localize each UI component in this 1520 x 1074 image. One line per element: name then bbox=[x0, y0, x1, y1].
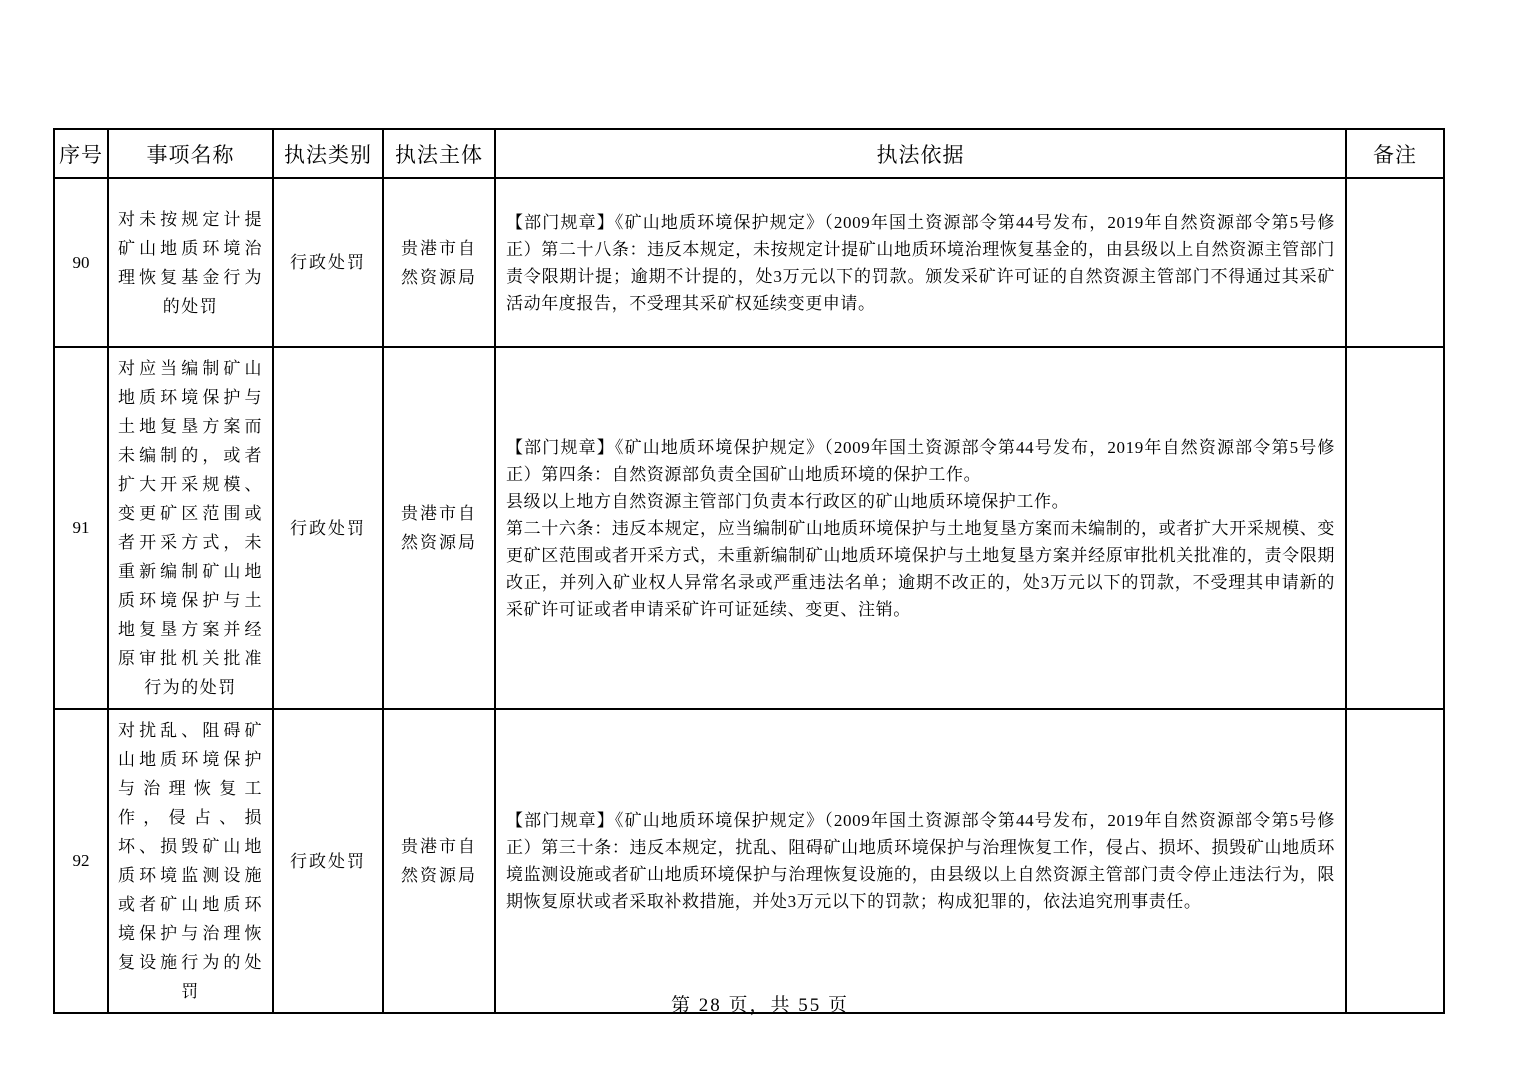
document-page: 序号 事项名称 执法类别 执法主体 执法依据 备注 90 对未按规定计提矿山地质… bbox=[0, 0, 1520, 1074]
category-cell: 行政处罚 bbox=[273, 178, 383, 347]
basis-cell: 【部门规章】《矿山地质环境保护规定》（2009年国土资源部令第44号发布，201… bbox=[495, 709, 1346, 1013]
column-header-category: 执法类别 bbox=[273, 129, 383, 178]
column-header-item-name: 事项名称 bbox=[108, 129, 273, 178]
item-name-cell: 对未按规定计提矿山地质环境治理恢复基金行为的处罚 bbox=[108, 178, 273, 347]
subject-cell: 贵港市自然资源局 bbox=[383, 709, 495, 1013]
remark-cell bbox=[1346, 347, 1444, 709]
remark-cell bbox=[1346, 178, 1444, 347]
basis-paragraph: 【部门规章】《矿山地质环境保护规定》（2009年国土资源部令第44号发布，201… bbox=[506, 807, 1335, 915]
basis-paragraph: 县级以上地方自然资源主管部门负责本行政区的矿山地质环境保护工作。 bbox=[506, 488, 1335, 515]
column-header-basis: 执法依据 bbox=[495, 129, 1346, 178]
basis-cell: 【部门规章】《矿山地质环境保护规定》（2009年国土资源部令第44号发布，201… bbox=[495, 178, 1346, 347]
basis-cell: 【部门规章】《矿山地质环境保护规定》（2009年国土资源部令第44号发布，201… bbox=[495, 347, 1346, 709]
column-header-remark: 备注 bbox=[1346, 129, 1444, 178]
basis-paragraph: 第二十六条：违反本规定，应当编制矿山地质环境保护与土地复垦方案而未编制的，或者扩… bbox=[506, 515, 1335, 623]
subject-cell: 贵港市自然资源局 bbox=[383, 178, 495, 347]
category-cell: 行政处罚 bbox=[273, 709, 383, 1013]
column-header-seq: 序号 bbox=[54, 129, 108, 178]
basis-paragraph: 【部门规章】《矿山地质环境保护规定》（2009年国土资源部令第44号发布，201… bbox=[506, 434, 1335, 488]
subject-cell: 贵港市自然资源局 bbox=[383, 347, 495, 709]
table-row: 90 对未按规定计提矿山地质环境治理恢复基金行为的处罚 行政处罚 贵港市自然资源… bbox=[54, 178, 1444, 347]
item-name-cell: 对应当编制矿山地质环境保护与土地复垦方案而未编制的，或者扩大开采规模、变更矿区范… bbox=[108, 347, 273, 709]
seq-cell: 90 bbox=[54, 178, 108, 347]
seq-cell: 91 bbox=[54, 347, 108, 709]
enforcement-table: 序号 事项名称 执法类别 执法主体 执法依据 备注 90 对未按规定计提矿山地质… bbox=[53, 128, 1445, 1014]
remark-cell bbox=[1346, 709, 1444, 1013]
column-header-subject: 执法主体 bbox=[383, 129, 495, 178]
category-cell: 行政处罚 bbox=[273, 347, 383, 709]
table-row: 92 对扰乱、阻碍矿山地质环境保护与治理恢复工作，侵占、损坏、损毁矿山地质环境监… bbox=[54, 709, 1444, 1013]
basis-paragraph: 【部门规章】《矿山地质环境保护规定》（2009年国土资源部令第44号发布，201… bbox=[506, 209, 1335, 317]
page-number: 第 28 页，共 55 页 bbox=[0, 990, 1520, 1017]
table-row: 91 对应当编制矿山地质环境保护与土地复垦方案而未编制的，或者扩大开采规模、变更… bbox=[54, 347, 1444, 709]
seq-cell: 92 bbox=[54, 709, 108, 1013]
item-name-cell: 对扰乱、阻碍矿山地质环境保护与治理恢复工作，侵占、损坏、损毁矿山地质环境监测设施… bbox=[108, 709, 273, 1013]
table-header-row: 序号 事项名称 执法类别 执法主体 执法依据 备注 bbox=[54, 129, 1444, 178]
